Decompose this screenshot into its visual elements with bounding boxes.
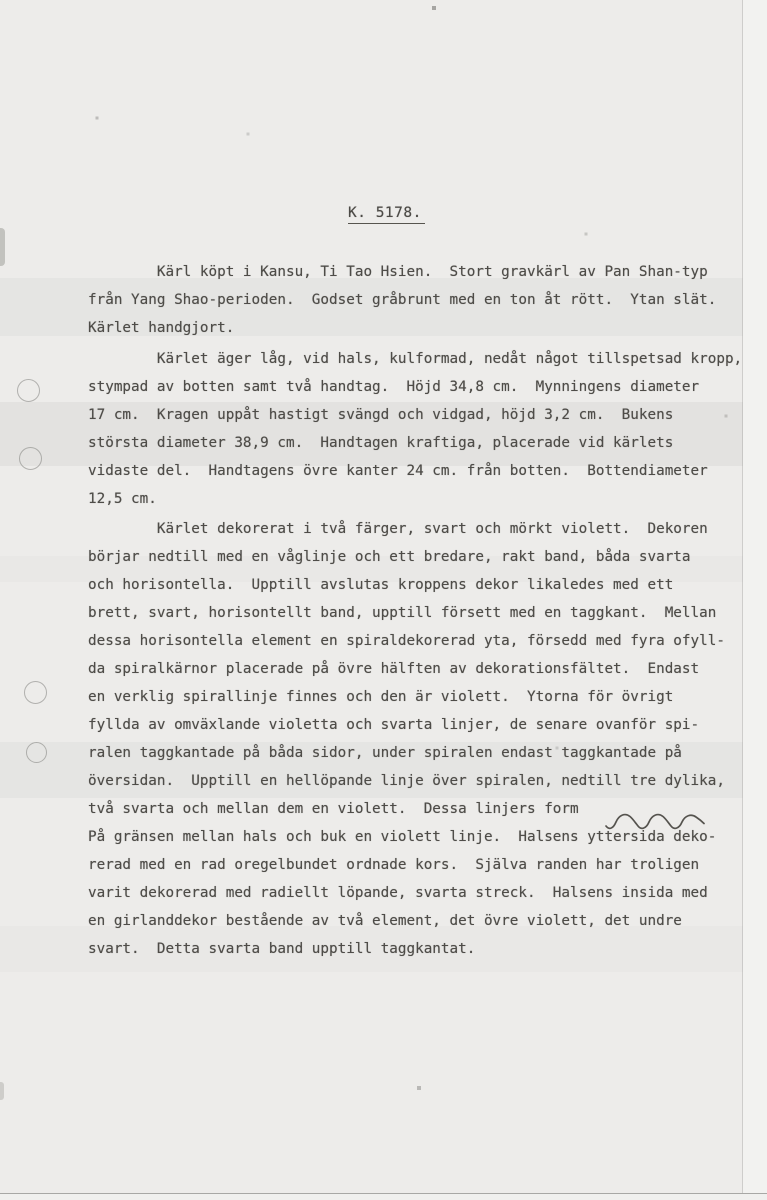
scanner-background-bottom [0,1193,767,1200]
catalog-number-text: K. 5178. [348,205,422,221]
scanner-background-right [743,0,767,1193]
scan-edge-smudge [0,228,5,266]
paragraph-shape-measurements: Kärlet äger låg, vid hals, kulformad, ne… [88,345,760,513]
scan-edge-smudge [0,1082,4,1100]
document-body: Kärl köpt i Kansu, Ti Tao Hsien. Stort g… [88,258,760,963]
paragraph-decoration-part1: Kärlet dekorerat i två färger, svart och… [88,515,760,823]
punch-hole [26,742,47,763]
paragraph-decoration-part2: På gränsen mellan hals och buk en violet… [88,823,760,963]
catalog-number: K. 5178. [348,205,425,224]
punch-hole [24,681,47,704]
paragraph-acquisition: Kärl köpt i Kansu, Ti Tao Hsien. Stort g… [88,258,760,342]
punch-hole [17,379,40,402]
wave-line-icon [602,808,708,836]
punch-hole [19,447,42,470]
dust-specks [0,0,2,2]
document-page: K. 5178. Kärl köpt i Kansu, Ti Tao Hsien… [0,0,743,1193]
